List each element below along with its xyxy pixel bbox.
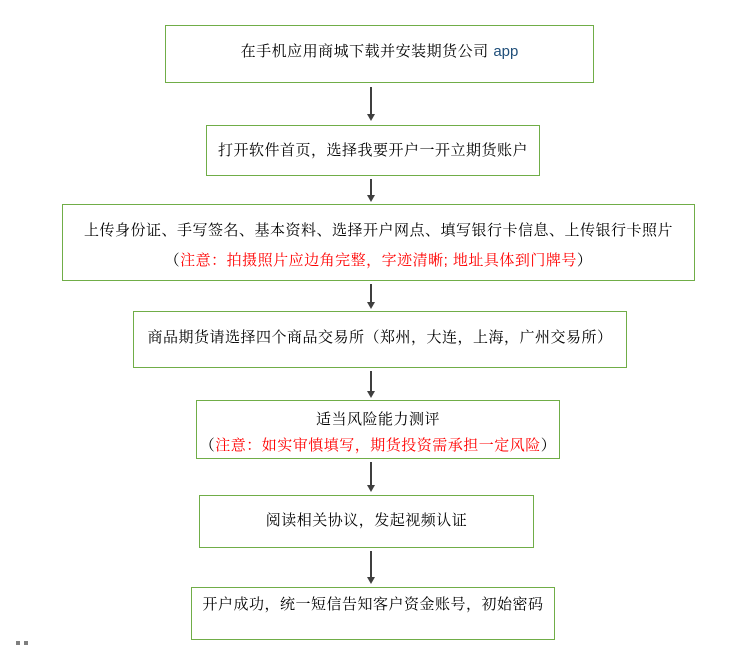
step-text: 适当风险能力测评	[197, 407, 559, 433]
arrow-head-icon	[367, 391, 375, 398]
stray-dot-2	[24, 641, 28, 645]
note-red-text: 注意：如实审慎填写，期货投资需承担一定风险	[215, 437, 541, 454]
arrow-shaft	[370, 87, 372, 114]
app-label: app	[493, 43, 518, 60]
step-note: （注意：如实审慎填写，期货投资需承担一定风险）	[197, 433, 559, 459]
flow-arrow-1	[364, 87, 378, 121]
arrow-shaft	[370, 179, 372, 195]
arrow-head-icon	[367, 114, 375, 121]
stray-dot-1	[16, 641, 20, 645]
flow-step-open-homepage: 打开软件首页，选择我要开户一开立期货账户	[206, 125, 540, 176]
step-text: 阅读相关协议，发起视频认证	[266, 512, 468, 529]
flow-step-download-app: 在手机应用商城下载并安装期货公司 app	[165, 25, 594, 83]
arrow-head-icon	[367, 195, 375, 202]
step-text: 开户成功，统一短信告知客户资金账号，初始密码	[202, 596, 543, 613]
arrow-head-icon	[367, 302, 375, 309]
step-text: 打开软件首页，选择我要开户一开立期货账户	[218, 142, 528, 159]
note-open-paren: （	[165, 252, 181, 269]
step-note: （注意：拍摄照片应边角完整，字迹清晰; 地址具体到门牌号）	[63, 246, 694, 276]
arrow-shaft	[370, 551, 372, 577]
flow-arrow-2	[364, 179, 378, 202]
note-close-paren: ）	[541, 437, 557, 454]
step-text: 上传身份证、手写签名、基本资料、选择开户网点、填写银行卡信息、上传银行卡照片	[63, 216, 694, 246]
note-open-paren: （	[200, 437, 216, 454]
flow-step-risk-assessment: 适当风险能力测评 （注意：如实审慎填写，期货投资需承担一定风险）	[196, 400, 560, 459]
flow-arrow-3	[364, 284, 378, 309]
arrow-shaft	[370, 371, 372, 391]
arrow-head-icon	[367, 577, 375, 584]
arrow-shaft	[370, 284, 372, 302]
flow-step-upload-documents: 上传身份证、手写签名、基本资料、选择开户网点、填写银行卡信息、上传银行卡照片 （…	[62, 204, 695, 281]
flow-step-account-success: 开户成功，统一短信告知客户资金账号，初始密码	[191, 587, 555, 640]
arrow-head-icon	[367, 485, 375, 492]
arrow-shaft	[370, 462, 372, 485]
flow-step-read-agreements: 阅读相关协议，发起视频认证	[199, 495, 534, 548]
flowchart-canvas: 在手机应用商城下载并安装期货公司 app 打开软件首页，选择我要开户一开立期货账…	[0, 0, 746, 654]
flow-arrow-4	[364, 371, 378, 398]
step-text: 在手机应用商城下载并安装期货公司	[241, 43, 494, 60]
note-red-text: 注意：拍摄照片应边角完整，字迹清晰; 地址具体到门牌号	[180, 252, 577, 269]
flow-step-select-exchanges: 商品期货请选择四个商品交易所（郑州，大连，上海，广州交易所）	[133, 311, 627, 368]
step-text: 商品期货请选择四个商品交易所（郑州，大连，上海，广州交易所）	[147, 329, 612, 346]
flow-arrow-6	[364, 551, 378, 584]
flow-arrow-5	[364, 462, 378, 492]
note-close-paren: ）	[577, 252, 593, 269]
